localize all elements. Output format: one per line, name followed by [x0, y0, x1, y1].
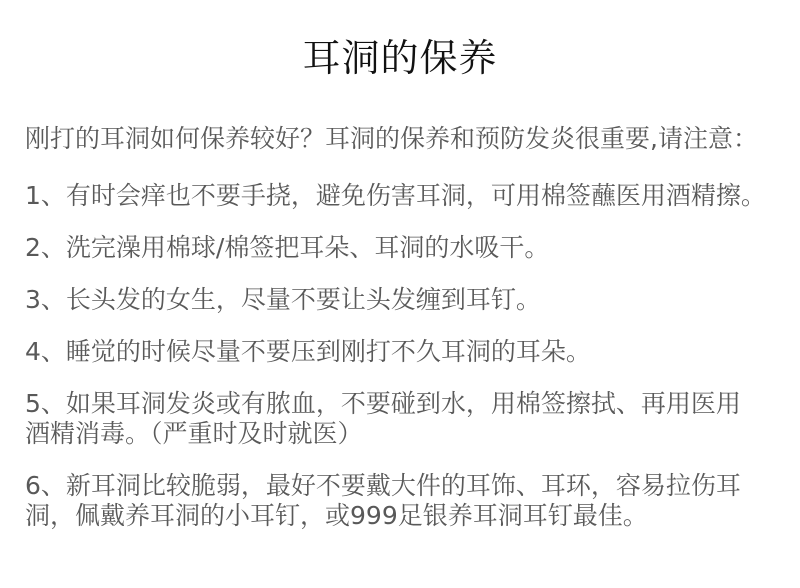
care-item-3: 3、长头发的女生，尽量不要让头发缠到耳钉。	[25, 285, 775, 315]
intro-text: 刚打的耳洞如何保养较好？耳洞的保养和预防发炎很重要,请注意：	[25, 124, 775, 154]
page-title: 耳洞的保养	[25, 34, 775, 82]
care-item-5: 5、如果耳洞发炎或有脓血，不要碰到水，用棉签擦拭、再用医用 酒精消毒。（严重时及…	[25, 389, 775, 449]
care-item-6: 6、新耳洞比较脆弱，最好不要戴大件的耳饰、耳环，容易拉伤耳 洞，佩戴养耳洞的小耳…	[25, 471, 775, 531]
care-item-1: 1、有时会痒也不要手挠，避免伤害耳洞，可用棉签蘸医用酒精擦。	[25, 181, 775, 211]
care-item-4: 4、睡觉的时候尽量不要压到刚打不久耳洞的耳朵。	[25, 337, 775, 367]
article-page: 耳洞的保养 刚打的耳洞如何保养较好？耳洞的保养和预防发炎很重要,请注意： 1、有…	[0, 0, 800, 588]
care-item-2: 2、洗完澡用棉球/棉签把耳朵、耳洞的水吸干。	[25, 233, 775, 263]
